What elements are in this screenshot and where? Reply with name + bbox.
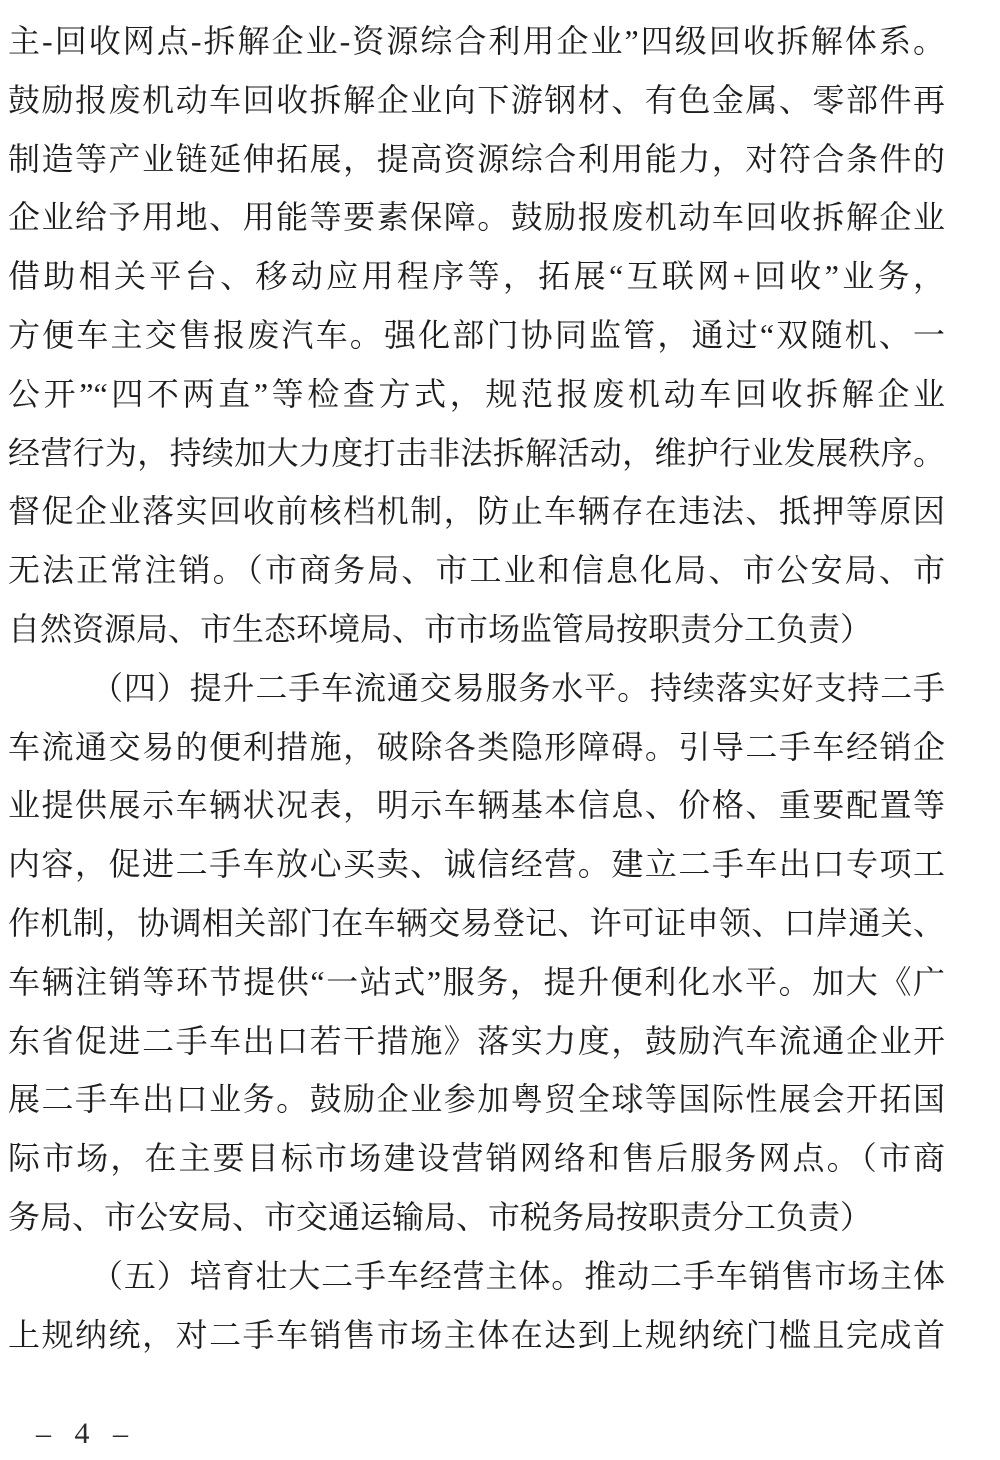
text-line: 业提供展示车辆状况表，明示车辆基本信息、价格、重要配置等 bbox=[8, 776, 945, 835]
text-line: 展二手车出口业务。鼓励企业参加粤贸全球等国际性展会开拓国 bbox=[8, 1070, 945, 1129]
text-line: 无法正常注销。（市商务局、市工业和信息化局、市公安局、市 bbox=[8, 541, 945, 600]
section-heading-line: （五）培育壮大二手车经营主体。推动二手车销售市场主体 bbox=[8, 1247, 945, 1306]
text-line: 借助相关平台、移动应用程序等，拓展“互联网+回收”业务， bbox=[8, 247, 945, 306]
text-line: 制造等产业链延伸拓展，提高资源综合利用能力，对符合条件的 bbox=[8, 130, 945, 189]
text-line: 车辆注销等环节提供“一站式”服务，提升便利化水平。加大《广 bbox=[8, 953, 945, 1012]
text-line: 车流通交易的便利措施，破除各类隐形障碍。引导二手车经销企 bbox=[8, 718, 945, 777]
text-line: 公开”“四不两直”等检查方式，规范报废机动车回收拆解企业 bbox=[8, 365, 945, 424]
text-line-paragraph-end: 自然资源局、市生态环境局、市市场监管局按职责分工负责） bbox=[8, 600, 945, 659]
text-line-paragraph-end: 务局、市公安局、市交通运输局、市税务局按职责分工负责） bbox=[8, 1188, 945, 1247]
page-number: – 4 – bbox=[36, 1414, 136, 1454]
text-line: 方便车主交售报废汽车。强化部门协同监管，通过“双随机、一 bbox=[8, 306, 945, 365]
text-line: 督促企业落实回收前核档机制，防止车辆存在违法、抵押等原因 bbox=[8, 482, 945, 541]
document-body: 主-回收网点-拆解企业-资源综合利用企业”四级回收拆解体系。 鼓励报废机动车回收… bbox=[8, 12, 945, 1364]
text-line: 东省促进二手车出口若干措施》落实力度，鼓励汽车流通企业开 bbox=[8, 1012, 945, 1071]
text-line: 经营行为，持续加大力度打击非法拆解活动，维护行业发展秩序。 bbox=[8, 424, 945, 483]
document-page: 主-回收网点-拆解企业-资源综合利用企业”四级回收拆解体系。 鼓励报废机动车回收… bbox=[0, 0, 1000, 1460]
section-heading-line: （四）提升二手车流通交易服务水平。持续落实好支持二手 bbox=[8, 659, 945, 718]
text-line: 企业给予用地、用能等要素保障。鼓励报废机动车回收拆解企业 bbox=[8, 188, 945, 247]
text-line: 上规纳统，对二手车销售市场主体在达到上规纳统门槛且完成首 bbox=[8, 1306, 945, 1365]
text-line: 际市场，在主要目标市场建设营销网络和售后服务网点。（市商 bbox=[8, 1129, 945, 1188]
text-line: 作机制，协调相关部门在车辆交易登记、许可证申领、口岸通关、 bbox=[8, 894, 945, 953]
text-line: 主-回收网点-拆解企业-资源综合利用企业”四级回收拆解体系。 bbox=[8, 12, 945, 71]
text-line: 鼓励报废机动车回收拆解企业向下游钢材、有色金属、零部件再 bbox=[8, 71, 945, 130]
text-line: 内容，促进二手车放心买卖、诚信经营。建立二手车出口专项工 bbox=[8, 835, 945, 894]
